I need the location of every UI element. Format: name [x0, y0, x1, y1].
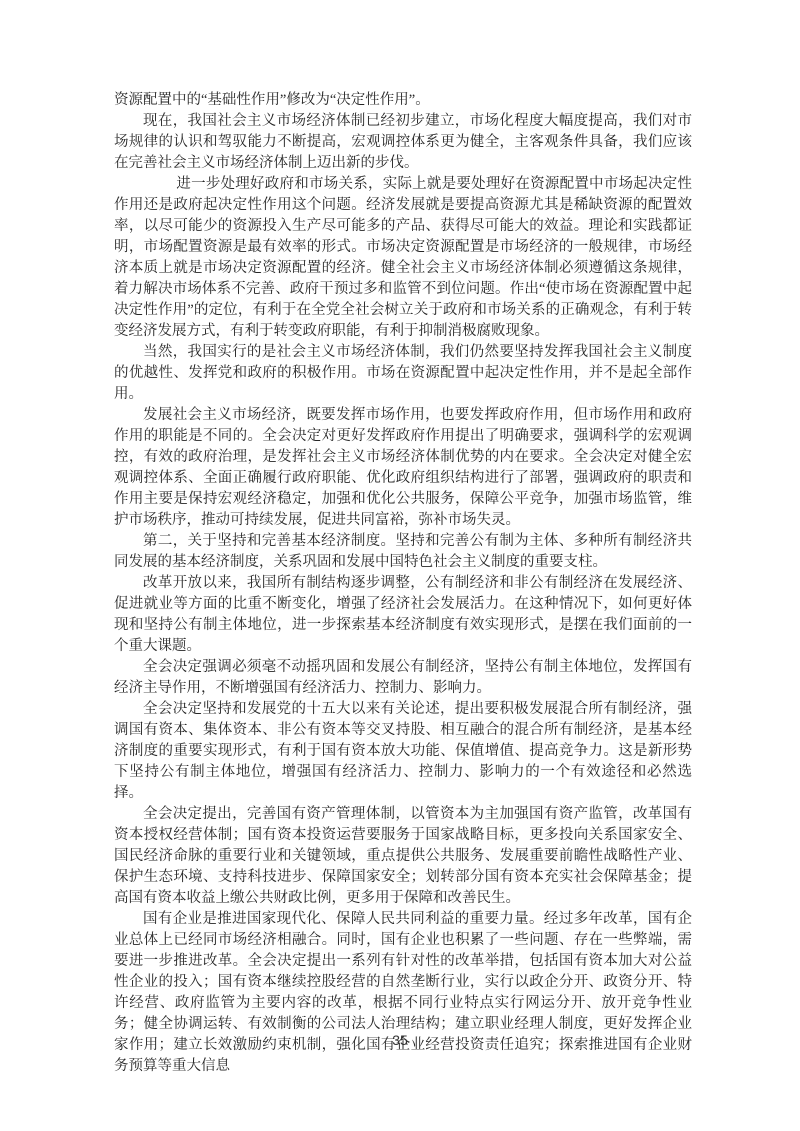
paragraph: 改革开放以来，我国所有制结构逐步调整，公有制经济和非公有制经济在发展经济、促进就… — [114, 573, 692, 657]
paragraph: 进一步处理好政府和市场关系，实际上就是要处理好在资源配置中市场起决定性作用还是政… — [114, 174, 692, 342]
paragraph: 现在，我国社会主义市场经济体制已经初步建立，市场化程度大幅度提高，我们对市场规律… — [114, 111, 692, 174]
paragraph: 资源配置中的“基础性作用”修改为“决定性作用”。 — [114, 90, 692, 111]
paragraph: 全会决定坚持和发展党的十五大以来有关论述，提出要积极发展混合所有制经济，强调国有… — [114, 699, 692, 804]
document-body: 资源配置中的“基础性作用”修改为“决定性作用”。现在，我国社会主义市场经济体制已… — [114, 90, 692, 1077]
paragraph: 第二，关于坚持和完善基本经济制度。坚持和完善公有制为主体、多种所有制经济共同发展… — [114, 531, 692, 573]
paragraph: 全会决定强调必须毫不动摇巩固和发展公有制经济，坚持公有制主体地位，发挥国有经济主… — [114, 657, 692, 699]
document-page: 资源配置中的“基础性作用”修改为“决定性作用”。现在，我国社会主义市场经济体制已… — [0, 0, 800, 1131]
page-number: 35 — [0, 1032, 800, 1048]
paragraph: 发展社会主义市场经济，既要发挥市场作用，也要发挥政府作用，但市场作用和政府作用的… — [114, 405, 692, 531]
paragraph: 全会决定提出，完善国有资产管理体制，以管资本为主加强国有资产监管，改革国有资本授… — [114, 804, 692, 909]
paragraph: 当然，我国实行的是社会主义市场经济体制，我们仍然要坚持发挥我国社会主义制度的优越… — [114, 342, 692, 405]
paragraph: 国有企业是推进国家现代化、保障人民共同利益的重要力量。经过多年改革，国有企业总体… — [114, 909, 692, 1077]
